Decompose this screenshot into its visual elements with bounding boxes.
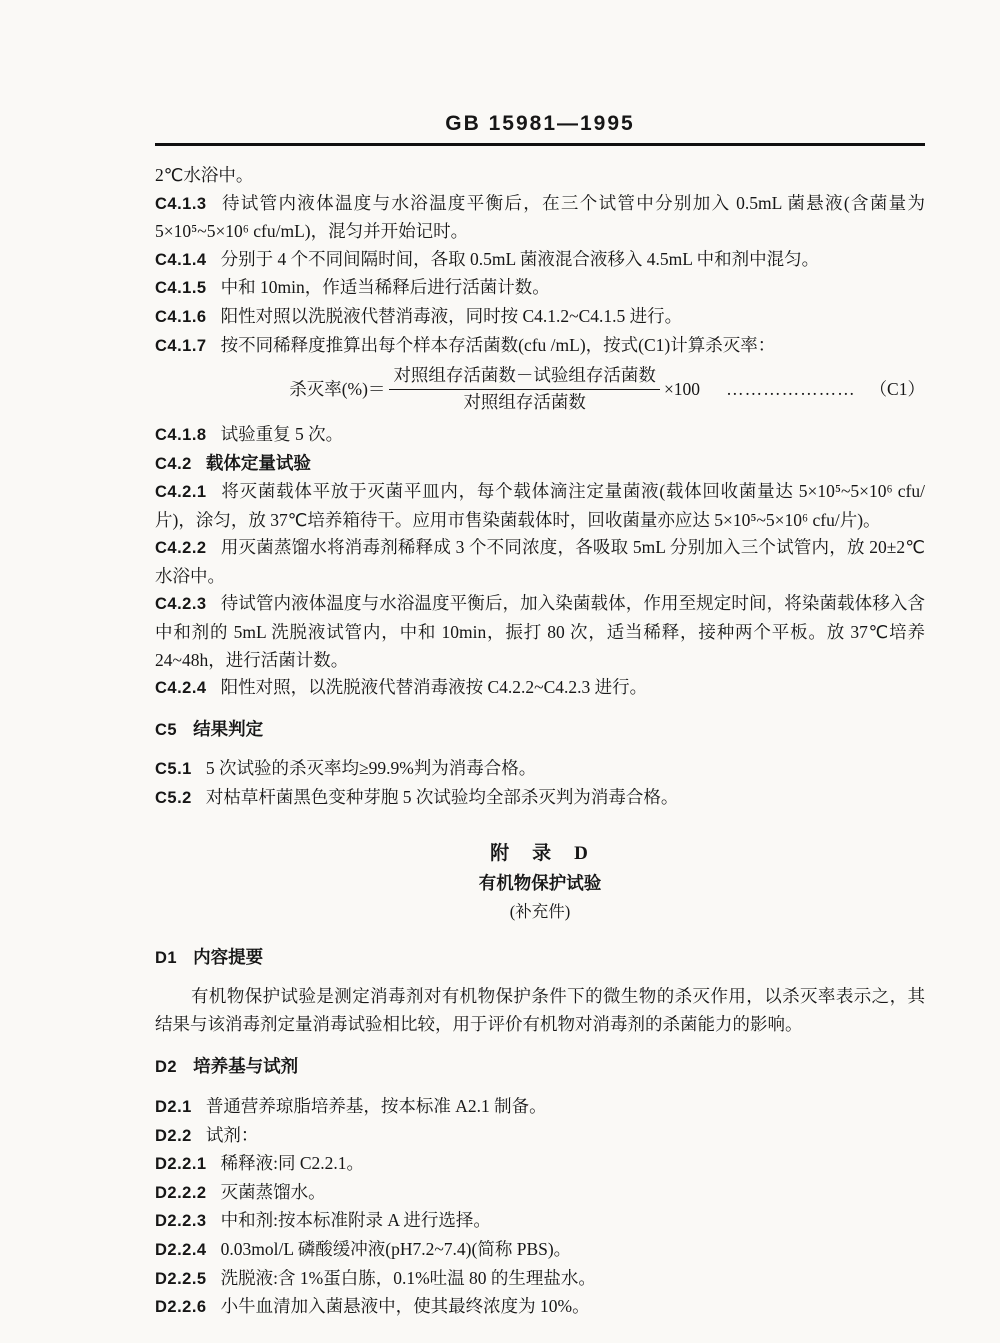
section-d2-heading: D2培养基与试剂: [155, 1053, 925, 1082]
clause-text: 试剂：: [206, 1125, 259, 1145]
clause-text: 分别于 4 个不同间隔时间，各取 0.5mL 菌液混合液移入 4.5mL 中和剂…: [221, 249, 820, 269]
clause-c5-1: C5.15 次试验的杀灭率均≥99.9%判为消毒合格。: [155, 755, 925, 784]
clause-c4-1-8: C4.1.8试验重复 5 次。: [155, 421, 925, 450]
clause-number: D2.2.5: [155, 1270, 207, 1288]
clause-text: 5 次试验的杀灭率均≥99.9%判为消毒合格。: [206, 758, 536, 778]
kill-rate-formula: 杀灭率(%)＝ 对照组存活菌数－试验组存活菌数 对照组存活菌数 ×100 …………: [155, 365, 925, 414]
section-c5-heading: C5结果判定: [155, 716, 925, 745]
clause-number: C4.2: [155, 455, 192, 473]
clause-text: 中和 10min，作适当稀释后进行活菌计数。: [221, 277, 550, 297]
formula-multiplier: ×100: [664, 379, 700, 401]
formula-lhs: 杀灭率(%)＝: [289, 379, 385, 401]
clause-text: 灭菌蒸馏水。: [221, 1182, 326, 1202]
section-title: 内容提要: [193, 947, 263, 967]
clause-number: C4.1.6: [155, 308, 207, 326]
standard-code: GB 15981—1995: [155, 112, 925, 136]
clause-d2-2-4: D2.2.40.03mol/L 磷酸缓冲液(pH7.2~7.4)(简称 PBS)…: [155, 1236, 925, 1265]
clause-number: D2.2.3: [155, 1212, 207, 1230]
clause-text: 普通营养琼脂培养基，按本标准 A2.1 制备。: [206, 1096, 547, 1116]
clause-text: 稀释液:同 C2.2.1。: [221, 1153, 364, 1173]
clause-d2-1: D2.1普通营养琼脂培养基，按本标准 A2.1 制备。: [155, 1093, 925, 1122]
clause-text: 试验重复 5 次。: [221, 424, 344, 444]
clause-c4-2-1: C4.2.1将灭菌载体平放于灭菌平皿内，每个载体滴注定量菌液(载体回收菌量达 5…: [155, 478, 925, 534]
clause-text: 将灭菌载体平放于灭菌平皿内，每个载体滴注定量菌液(载体回收菌量达 5×10⁵~5…: [155, 481, 925, 530]
clause-number: C4.1.4: [155, 251, 207, 269]
clause-d2-2-1: D2.2.1稀释液:同 C2.2.1。: [155, 1150, 925, 1179]
carryover-line: 2℃水浴中。: [155, 162, 925, 190]
clause-text: 中和剂:按本标准附录 A 进行选择。: [221, 1210, 491, 1230]
clause-text: 0.03mol/L 磷酸缓冲液(pH7.2~7.4)(简称 PBS)。: [221, 1239, 572, 1259]
clause-c4-1-5: C4.1.5中和 10min，作适当稀释后进行活菌计数。: [155, 274, 925, 303]
clause-text: 对枯草杆菌黑色变种芽胞 5 次试验均全部杀灭判为消毒合格。: [206, 787, 679, 807]
section-title: 结果判定: [193, 719, 263, 739]
clause-c4-1-3: C4.1.3待试管内液体温度与水浴温度平衡后，在三个试管中分别加入 0.5mL …: [155, 190, 925, 246]
clause-number: D2.2.1: [155, 1155, 207, 1173]
clause-c4-2-4: C4.2.4阳性对照，以洗脱液代替消毒液按 C4.2.2~C4.2.3 进行。: [155, 674, 925, 703]
section-number: C5: [155, 721, 177, 739]
appendix-title: 有机物保护试验: [155, 869, 925, 898]
clause-text: 阳性对照，以洗脱液代替消毒液按 C4.2.2~C4.2.3 进行。: [221, 677, 648, 697]
formula-equation-number: （C1）: [870, 379, 925, 401]
clause-number: D2.2.2: [155, 1184, 207, 1202]
clause-d2-2: D2.2试剂：: [155, 1122, 925, 1151]
clause-text: 阳性对照以洗脱液代替消毒液，同时按 C4.1.2~C4.1.5 进行。: [221, 306, 683, 326]
clause-text: 待试管内液体温度与水浴温度平衡后，加入染菌载体，作用至规定时间，将染菌载体移入含…: [155, 593, 925, 669]
header-rule: [155, 143, 925, 146]
clause-c4-2-2: C4.2.2用灭菌蒸馏水将消毒剂稀释成 3 个不同浓度，各吸取 5mL 分别加入…: [155, 534, 925, 590]
clause-c4-2: C4.2载体定量试验: [155, 450, 925, 479]
appendix-title-line: 附 录 D: [155, 839, 925, 869]
section-title: 培养基与试剂: [193, 1056, 298, 1076]
formula-dot-leader: …………………: [726, 379, 856, 401]
section-d1-heading: D1内容提要: [155, 944, 925, 973]
clause-number: C5.2: [155, 789, 192, 807]
d1-paragraph: 有机物保护试验是测定消毒剂对有机物保护条件下的微生物的杀灭作用，以杀灭率表示之，…: [155, 983, 925, 1038]
clause-number: D2.1: [155, 1098, 192, 1116]
clause-d2-2-3: D2.2.3中和剂:按本标准附录 A 进行选择。: [155, 1207, 925, 1236]
clause-number: C4.1.5: [155, 279, 207, 297]
section-number: D2: [155, 1058, 177, 1076]
clause-number: C4.2.2: [155, 539, 207, 557]
clause-number: C4.2.1: [155, 483, 207, 501]
clause-c4-1-7: C4.1.7按不同稀释度推算出每个样本存活菌数(cfu /mL)，按式(C1)计…: [155, 332, 925, 361]
clause-c5-2: C5.2对枯草杆菌黑色变种芽胞 5 次试验均全部杀灭判为消毒合格。: [155, 784, 925, 813]
document-page: GB 15981—1995 2℃水浴中。 C4.1.3待试管内液体温度与水浴温度…: [0, 0, 1000, 1343]
clause-text: 按不同稀释度推算出每个样本存活菌数(cfu /mL)，按式(C1)计算杀灭率：: [221, 335, 776, 355]
clause-number: C5.1: [155, 760, 192, 778]
clause-d2-2-6: D2.2.6小牛血清加入菌悬液中，使其最终浓度为 10%。: [155, 1293, 925, 1322]
clause-text: 待试管内液体温度与水浴温度平衡后，在三个试管中分别加入 0.5mL 菌悬液(含菌…: [155, 193, 925, 242]
clause-c4-2-3: C4.2.3待试管内液体温度与水浴温度平衡后，加入染菌载体，作用至规定时间，将染…: [155, 590, 925, 674]
clause-text: 洗脱液:含 1%蛋白胨，0.1%吐温 80 的生理盐水。: [221, 1268, 596, 1288]
clause-number: C4.1.8: [155, 426, 207, 444]
formula-denominator: 对照组存活菌数: [463, 390, 586, 414]
clause-c4-1-4: C4.1.4分别于 4 个不同间隔时间，各取 0.5mL 菌液混合液移入 4.5…: [155, 246, 925, 275]
clause-number: C4.1.3: [155, 195, 207, 213]
formula-numerator: 对照组存活菌数－试验组存活菌数: [389, 365, 660, 390]
clause-number: C4.2.4: [155, 679, 207, 697]
clause-number: C4.2.3: [155, 595, 207, 613]
appendix-d-heading: 附 录 D 有机物保护试验 (补充件): [155, 839, 925, 926]
clause-number: D2.2: [155, 1127, 192, 1145]
clause-number: D2.2.4: [155, 1241, 207, 1259]
clause-text: 用灭菌蒸馏水将消毒剂稀释成 3 个不同浓度，各吸取 5mL 分别加入三个试管内，…: [155, 537, 925, 586]
clause-text: 小牛血清加入菌悬液中，使其最终浓度为 10%。: [221, 1296, 590, 1316]
section-number: D1: [155, 949, 177, 967]
clause-number: D2.2.6: [155, 1298, 207, 1316]
appendix-subtitle: (补充件): [155, 898, 925, 926]
formula-fraction: 对照组存活菌数－试验组存活菌数 对照组存活菌数: [389, 365, 660, 414]
clause-c4-1-6: C4.1.6阳性对照以洗脱液代替消毒液，同时按 C4.1.2~C4.1.5 进行…: [155, 303, 925, 332]
clause-number: C4.1.7: [155, 337, 207, 355]
clause-d2-2-2: D2.2.2灭菌蒸馏水。: [155, 1179, 925, 1208]
clause-d2-2-5: D2.2.5洗脱液:含 1%蛋白胨，0.1%吐温 80 的生理盐水。: [155, 1265, 925, 1294]
clause-text: 载体定量试验: [206, 453, 311, 473]
